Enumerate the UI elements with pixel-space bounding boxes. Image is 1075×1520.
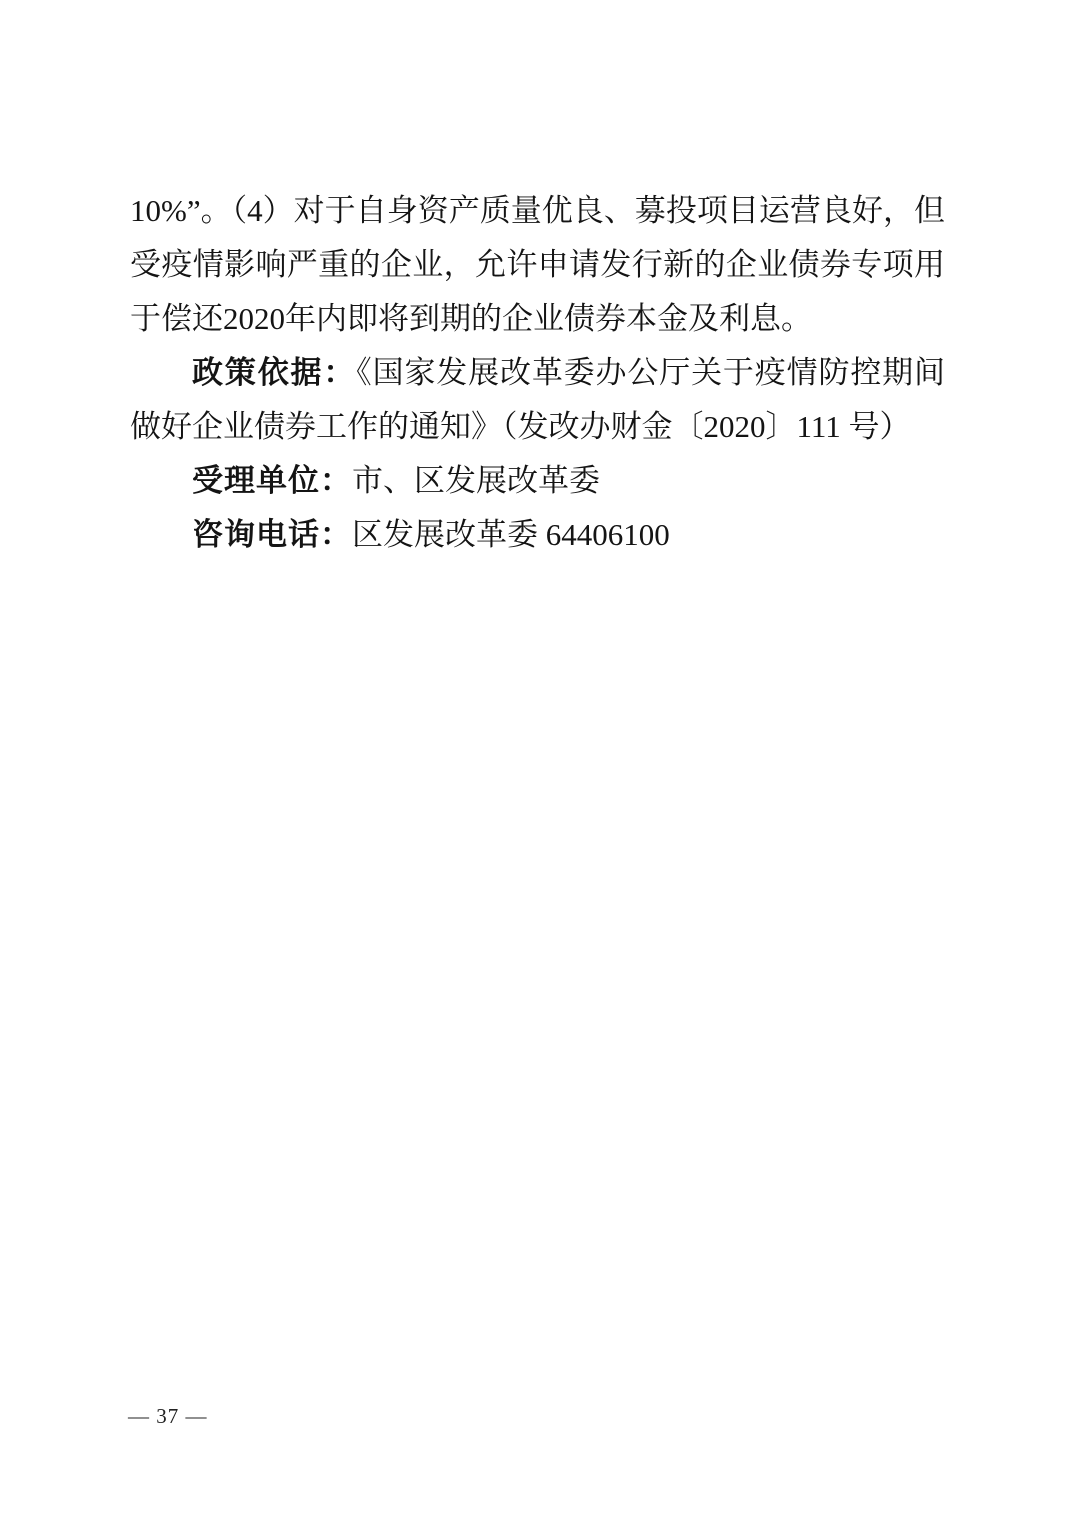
paragraph-accepting-unit: 受理单位：市、区发展改革委 bbox=[130, 454, 945, 508]
paragraph-policy-basis: 政策依据：《国家发展改革委办公厅关于疫情防控期间做好企业债券工作的通知》（发改办… bbox=[130, 346, 945, 454]
document-body: 10%”。（4）对于自身资产质量优良、募投项目运营良好，但受疫情影响严重的企业，… bbox=[130, 184, 945, 562]
page-number: — 37 — bbox=[128, 1402, 208, 1430]
paragraph-inquiry-phone: 咨询电话：区发展改革委 64406100 bbox=[130, 508, 945, 562]
accepting-unit-text: 市、区发展改革委 bbox=[352, 463, 600, 498]
paragraph-body: 10%”。（4）对于自身资产质量优良、募投项目运营良好，但受疫情影响严重的企业，… bbox=[130, 184, 945, 346]
paragraph-text: 10%”。（4）对于自身资产质量优良、募投项目运营良好，但受疫情影响严重的企业，… bbox=[130, 193, 945, 336]
policy-basis-label: 政策依据： bbox=[192, 355, 356, 390]
inquiry-phone-text: 区发展改革委 64406100 bbox=[352, 517, 670, 552]
document-page: 10%”。（4）对于自身资产质量优良、募投项目运营良好，但受疫情影响严重的企业，… bbox=[0, 0, 1075, 1520]
inquiry-phone-label: 咨询电话： bbox=[192, 517, 352, 552]
accepting-unit-label: 受理单位： bbox=[192, 463, 352, 498]
